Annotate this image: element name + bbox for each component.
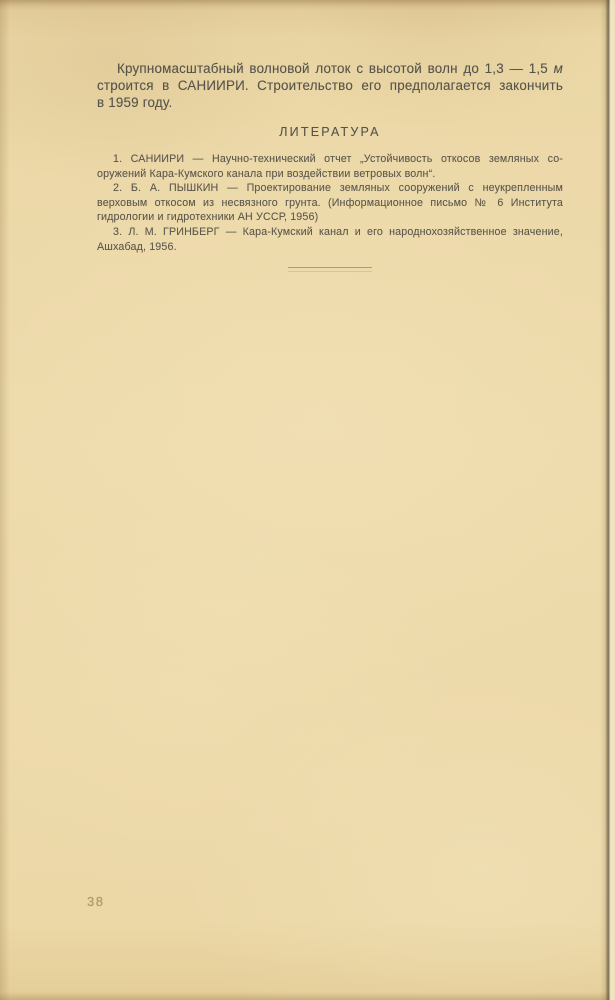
reference-entry-1: 1. САНИИРИ — Научно-технический отчет „У… <box>97 152 563 181</box>
scan-edge-bottom <box>0 992 615 1000</box>
reference-line: оружений Кара-Кумского канала при воздей… <box>97 167 563 182</box>
paragraph-line: Крупномасштабный волновой лоток с высото… <box>97 60 563 77</box>
section-divider <box>288 267 372 272</box>
reference-line: 2. Б. А. ПЫШКИН — Проектирование земляны… <box>97 181 563 196</box>
scan-edge-right <box>600 0 615 1000</box>
reference-line: верховым откосом из несвязного грунта. (… <box>97 196 563 211</box>
reference-line: 1. САНИИРИ — Научно-технический отчет „У… <box>97 152 563 167</box>
reference-entry-2: 2. Б. А. ПЫШКИН — Проектирование земляны… <box>97 181 563 225</box>
literature-heading: ЛИТЕРАТУРА <box>97 125 563 140</box>
reference-entry-3: 3. Л. М. ГРИНБЕРГ — Кара-Кумский канал и… <box>97 225 563 254</box>
meters-unit: м <box>554 61 563 76</box>
page-number: 38 <box>87 894 104 909</box>
intro-paragraph: Крупномасштабный волновой лоток с высото… <box>97 60 563 111</box>
reference-line: 3. Л. М. ГРИНБЕРГ — Кара-Кумский канал и… <box>97 225 563 240</box>
paragraph-line: в 1959 году. <box>97 94 563 111</box>
scan-edge-top <box>0 0 615 10</box>
scan-edge-left <box>0 0 10 1000</box>
page-content: Крупномасштабный волновой лоток с высото… <box>97 60 563 272</box>
scanned-book-page: { "colors": { "paper": "#ecd8a8", "ink":… <box>0 0 615 1000</box>
reference-line: Ашхабад, 1956. <box>97 240 563 255</box>
reference-line: гидрологии и гидротехники АН УССР, 1956) <box>97 210 563 225</box>
paragraph-line-text: Крупномасштабный волновой лоток с высото… <box>117 61 548 76</box>
paragraph-line: строится в САНИИРИ. Строительство его пр… <box>97 77 563 94</box>
references-list: 1. САНИИРИ — Научно-технический отчет „У… <box>97 152 563 254</box>
